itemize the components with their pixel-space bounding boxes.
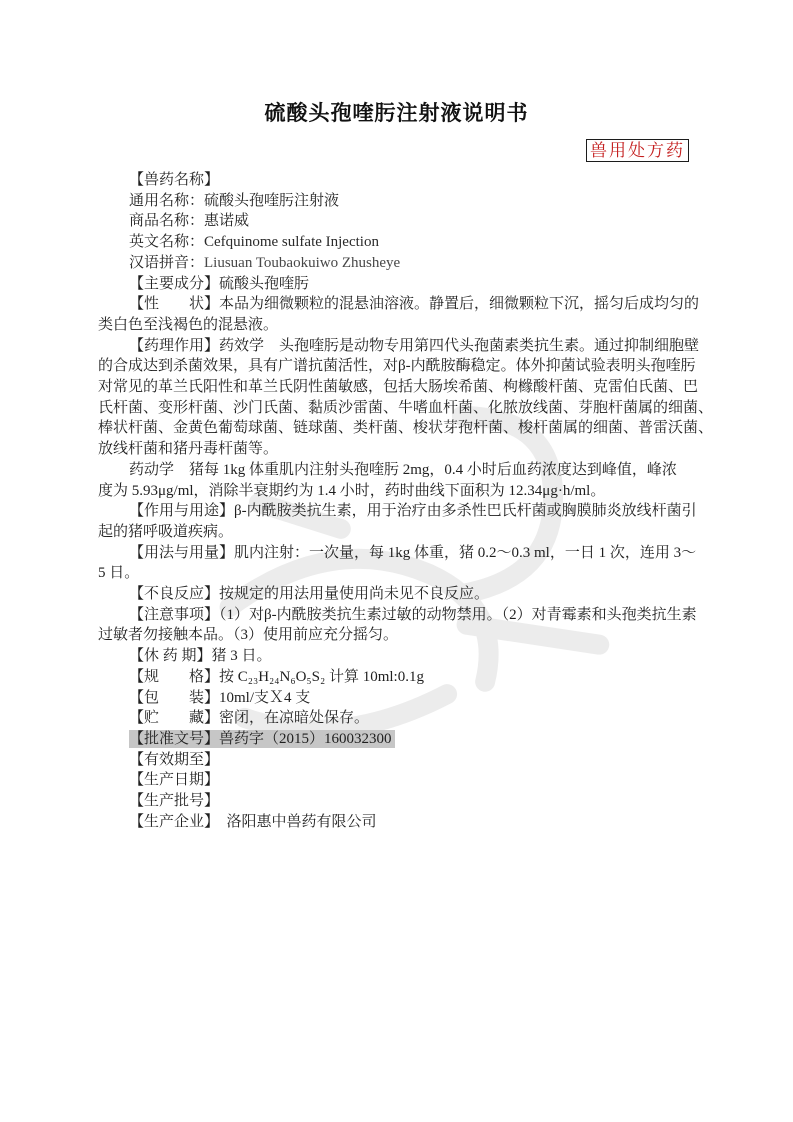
field-description: 【性 状】本品为细微颗粒的混悬油溶液。静置后，细微颗粒下沉，摇匀后成均匀的	[98, 294, 712, 315]
section-veterinary-drug-name: 【兽药名称】	[98, 170, 712, 191]
field-production-date: 【生产日期】	[98, 770, 712, 791]
field-adverse-reactions: 【不良反应】按规定的用法用量使用尚未见不良反应。	[98, 584, 712, 605]
field-pinyin-name-value: Liusuan Toubaokuiwo Zhusheye	[204, 255, 400, 271]
field-description-cont: 类白色至浅褐色的混悬液。	[98, 315, 712, 336]
field-storage: 【贮 藏】密闭，在凉暗处保存。	[98, 708, 712, 729]
field-english-name: 英文名称：Cefquinome sulfate Injection	[98, 232, 712, 253]
field-packaging: 【包 装】10ml/支Ｘ4 支	[98, 688, 712, 709]
field-pharmacology-cont-1: 的合成达到杀菌效果，具有广谱抗菌活性，对β-内酰胺酶稳定。体外抑菌试验表明头孢喹…	[98, 356, 712, 377]
field-english-name-label: 英文名称：	[129, 234, 204, 250]
instruction-sheet-page: 硫酸头孢喹肟注射液说明书 兽用处方药 【兽药名称】 通用名称：硫酸头孢喹肟注射液…	[0, 0, 793, 1122]
field-dosage-cont: 5 日。	[98, 563, 712, 584]
field-batch-number: 【生产批号】	[98, 791, 712, 812]
field-pharmacology-cont-5: 放线杆菌和猪丹毒杆菌等。	[98, 439, 712, 460]
field-main-ingredients: 【主要成分】硫酸头孢喹肟	[98, 274, 712, 295]
document-title: 硫酸头孢喹肟注射液说明书	[0, 97, 793, 127]
field-dosage: 【用法与用量】肌内注射：一次量，每 1kg 体重，猪 0.2～0.3 ml，一日…	[98, 543, 712, 564]
field-expiry-date: 【有效期至】	[98, 750, 712, 771]
field-pinyin-name-label: 汉语拼音：	[129, 255, 204, 271]
field-pharmacology: 【药理作用】药效学 头孢喹肟是动物专用第四代头孢菌素类抗生素。通过抑制细胞壁	[98, 336, 712, 357]
prescription-stamp: 兽用处方药	[586, 139, 689, 162]
field-pinyin-name: 汉语拼音：Liusuan Toubaokuiwo Zhusheye	[98, 253, 712, 274]
field-approval-number: 【批准文号】兽药字（2015）160032300	[98, 729, 712, 750]
field-precautions: 【注意事项】（1）对β-内酰胺类抗生素过敏的动物禁用。（2）对青霉素和头孢类抗生…	[98, 605, 712, 626]
field-indications: 【作用与用途】β-内酰胺类抗生素，用于治疗由多杀性巴氏杆菌或胸膜肺炎放线杆菌引	[98, 501, 712, 522]
field-approval-number-highlight: 【批准文号】兽药字（2015）160032300	[129, 730, 395, 748]
field-specification: 【规 格】按 C₂₃H₂₄N₆O₅S₂ 计算 10ml:0.1g	[98, 667, 712, 688]
field-pharmacology-cont-3: 氏杆菌、变形杆菌、沙门氏菌、黏质沙雷菌、牛嗜血杆菌、化脓放线菌、芽胞杆菌属的细菌…	[98, 398, 712, 419]
field-english-name-value: Cefquinome sulfate Injection	[204, 234, 379, 250]
field-generic-name: 通用名称：硫酸头孢喹肟注射液	[98, 191, 712, 212]
field-pharmacology-cont-2: 对常见的革兰氏阳性和革兰氏阴性菌敏感，包括大肠埃希菌、枸橼酸杆菌、克雷伯氏菌、巴	[98, 377, 712, 398]
field-indications-cont: 起的猪呼吸道疾病。	[98, 522, 712, 543]
field-precautions-cont: 过敏者勿接触本品。（3）使用前应充分摇匀。	[98, 625, 712, 646]
document-body: 【兽药名称】 通用名称：硫酸头孢喹肟注射液 商品名称：惠诺威 英文名称：Cefq…	[98, 170, 712, 833]
field-trade-name: 商品名称：惠诺威	[98, 211, 712, 232]
field-withdrawal-period: 【休 药 期】猪 3 日。	[98, 646, 712, 667]
field-pharmacokinetics: 药动学 猪每 1kg 体重肌内注射头孢喹肟 2mg，0.4 小时后血药浓度达到峰…	[98, 460, 712, 481]
field-manufacturer: 【生产企业】 洛阳惠中兽药有限公司	[98, 812, 712, 833]
field-pharmacology-cont-4: 棒状杆菌、金黄色葡萄球菌、链球菌、类杆菌、梭状芽孢杆菌、梭杆菌属的细菌、普雷沃菌…	[98, 418, 712, 439]
field-pharmacokinetics-cont: 度为 5.93μg/ml，消除半衰期约为 1.4 小时，药时曲线下面积为 12.…	[98, 481, 712, 502]
